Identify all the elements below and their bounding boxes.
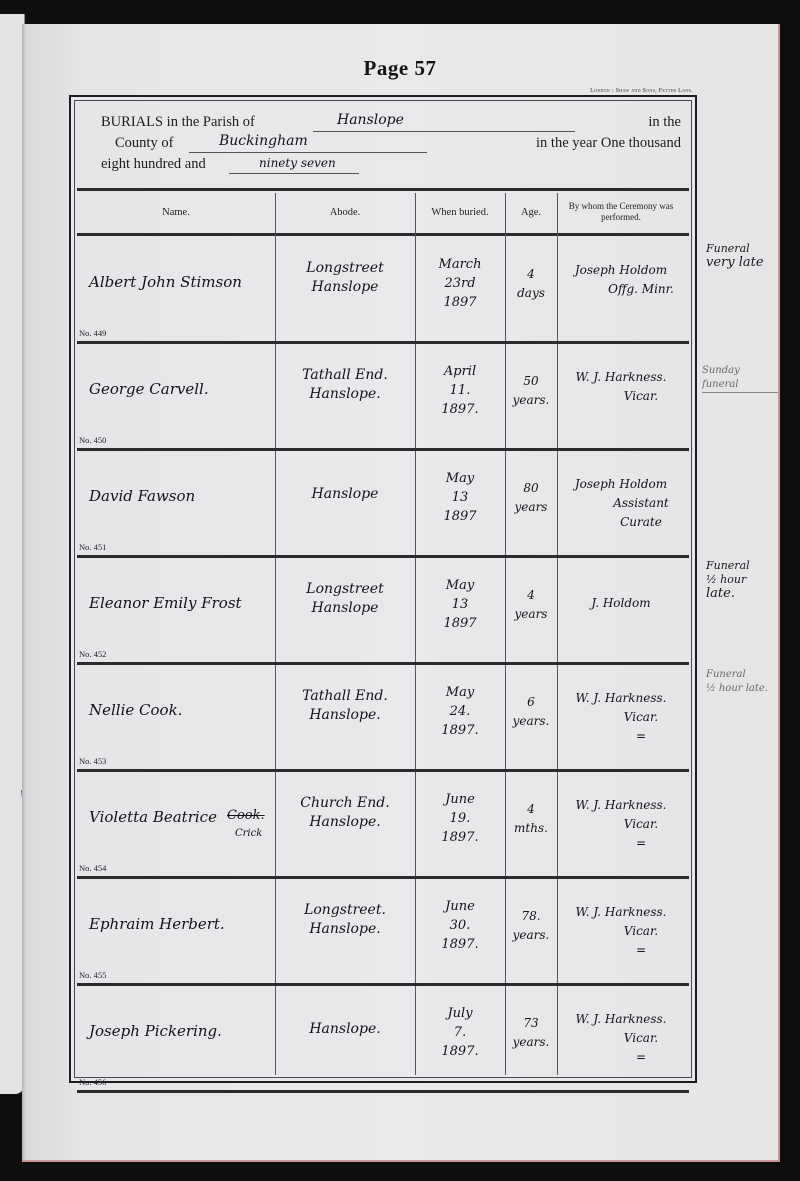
margin-note-line: very late: [706, 256, 764, 270]
abode-line: Hanslope.: [275, 1020, 415, 1039]
age-line: 6: [505, 693, 557, 712]
age-line: 4: [505, 265, 557, 284]
entry-number: No. 452: [79, 649, 106, 659]
abode-line: Longstreet: [275, 580, 415, 599]
when-buried-line: June: [415, 897, 505, 916]
age-cell: 73years.: [505, 986, 557, 1093]
officiant-line: Vicar.: [557, 387, 685, 406]
burial-register-table: BURIALS in the Parish of Hanslope in the…: [69, 95, 697, 1083]
abode-line: Hanslope: [275, 599, 415, 618]
officiant-line: Vicar.: [557, 1029, 685, 1048]
abode-cell: Tathall End.Hanslope.: [275, 665, 415, 772]
age-line: 4: [505, 586, 557, 605]
row-separator: [77, 1090, 689, 1093]
when-buried-line: March: [415, 255, 505, 274]
abode-cell: LongstreetHanslope: [275, 558, 415, 665]
name-cell: David FawsonNo. 451: [77, 451, 275, 558]
officiant-line: Assistant Curate: [557, 494, 685, 532]
margin-note-449: Funeral very late: [706, 242, 764, 270]
entry-number: No. 455: [79, 970, 106, 980]
officiant-cell: Joseph HoldomOffg. Minr.: [557, 237, 685, 344]
abode-line: Hanslope.: [275, 706, 415, 725]
entry-number: No. 449: [79, 328, 106, 338]
margin-note-line: Funeral: [706, 242, 764, 256]
page-gutter-shadow: [22, 24, 26, 1160]
margin-note-450: Sunday funeral: [702, 364, 778, 393]
age-cell: 6years.: [505, 665, 557, 772]
age-line: 78.: [505, 907, 557, 926]
name-cell: Nellie Cook.No. 453: [77, 665, 275, 772]
column-header-row: Name. Abode. When buried. Age. By whom t…: [77, 193, 689, 231]
officiant-cell: W. J. Harkness.Vicar.=: [557, 879, 685, 986]
heading-parish-label: BURIALS in the Parish of: [101, 114, 255, 130]
abode-line: Hanslope.: [275, 813, 415, 832]
age-line: days: [505, 284, 557, 303]
abode-cell: Hanslope: [275, 451, 415, 558]
abode-cell: Longstreet.Hanslope.: [275, 879, 415, 986]
age-line: years: [505, 498, 557, 517]
heading-county-label: County of: [115, 135, 173, 151]
column-header-age: Age.: [505, 193, 557, 231]
abode-line: Tathall End.: [275, 366, 415, 385]
age-line: years.: [505, 1033, 557, 1052]
when-buried-line: April: [415, 362, 505, 381]
officiant-line: Joseph Holdom: [557, 475, 685, 494]
when-buried-line: 1897.: [415, 721, 505, 740]
age-line: years.: [505, 926, 557, 945]
abode-line: Hanslope.: [275, 385, 415, 404]
when-buried-line: 13: [415, 488, 505, 507]
margin-note-line: late.: [706, 587, 750, 601]
when-buried-line: 1897: [415, 614, 505, 633]
officiant-cell: W. J. Harkness.Vicar.=: [557, 772, 685, 879]
deceased-name: Violetta Beatrice: [89, 808, 217, 826]
column-header-name: Name.: [77, 193, 275, 231]
entry-number: No. 451: [79, 542, 106, 552]
age-line: 4: [505, 800, 557, 819]
officiant-line: =: [557, 1048, 685, 1067]
name-cell: Albert John StimsonNo. 449: [77, 237, 275, 344]
deceased-name: Eleanor Emily Frost: [89, 594, 242, 612]
when-buried-line: 24.: [415, 702, 505, 721]
age-line: mths.: [505, 819, 557, 838]
register-entry-row: Albert John StimsonNo. 449LongstreetHans…: [77, 237, 689, 344]
officiant-cell: W. J. Harkness.Vicar.: [557, 344, 685, 451]
column-header-officiant: By whom the Ceremony was performed.: [557, 193, 685, 231]
abode-line: Longstreet: [275, 259, 415, 278]
age-line: years: [505, 605, 557, 624]
entry-number: No. 454: [79, 863, 106, 873]
when-buried-line: 1897.: [415, 935, 505, 954]
heading-line2-suffix: in the year One thousand: [536, 134, 681, 153]
when-buried-cell: April11.1897.: [415, 344, 505, 451]
officiant-line: J. Holdom: [557, 594, 685, 613]
when-buried-cell: June19.1897.: [415, 772, 505, 879]
margin-note-line: ½ hour late.: [706, 682, 768, 696]
age-cell: 4years: [505, 558, 557, 665]
register-entry-row: Ephraim Herbert.No. 455Longstreet.Hanslo…: [77, 879, 689, 986]
abode-cell: Tathall End.Hanslope.: [275, 344, 415, 451]
margin-note-453: Funeral ½ hour late.: [706, 668, 768, 696]
deceased-name: Albert John Stimson: [89, 273, 242, 291]
officiant-line: W. J. Harkness.: [557, 796, 685, 815]
when-buried-line: 1897.: [415, 828, 505, 847]
when-buried-line: May: [415, 576, 505, 595]
when-buried-cell: May131897: [415, 451, 505, 558]
register-entry-row: Nellie Cook.No. 453Tathall End.Hanslope.…: [77, 665, 689, 772]
officiant-line: =: [557, 834, 685, 853]
heading-line1-suffix: in the: [648, 113, 681, 132]
when-buried-line: 7.: [415, 1023, 505, 1042]
entry-number: No. 450: [79, 435, 106, 445]
age-cell: 4mths.: [505, 772, 557, 879]
register-entry-row: Eleanor Emily FrostNo. 452LongstreetHans…: [77, 558, 689, 665]
age-line: years.: [505, 712, 557, 731]
when-buried-cell: June30.1897.: [415, 879, 505, 986]
age-line: 50: [505, 372, 557, 391]
when-buried-line: 19.: [415, 809, 505, 828]
when-buried-line: 30.: [415, 916, 505, 935]
when-buried-line: 1897.: [415, 400, 505, 419]
officiant-line: Offg. Minr.: [557, 280, 685, 299]
officiant-line: W. J. Harkness.: [557, 368, 685, 387]
when-buried-cell: March23rd1897: [415, 237, 505, 344]
surname-correction: Crick: [235, 828, 262, 839]
when-buried-line: 23rd: [415, 274, 505, 293]
officiant-line: Vicar.: [557, 708, 685, 727]
age-line: years.: [505, 391, 557, 410]
publisher-imprint: London : Shaw and Sons, Fetter Lane.: [590, 88, 693, 94]
margin-note-line: Funeral: [706, 559, 750, 573]
deceased-name: Ephraim Herbert.: [89, 915, 225, 933]
officiant-line: =: [557, 727, 685, 746]
deceased-name: David Fawson: [89, 487, 195, 505]
when-buried-cell: May131897: [415, 558, 505, 665]
abode-line: Hanslope.: [275, 920, 415, 939]
abode-cell: LongstreetHanslope: [275, 237, 415, 344]
when-buried-line: 11.: [415, 381, 505, 400]
register-entry-row: Joseph Pickering.No. 456Hanslope.July7.1…: [77, 986, 689, 1093]
margin-note-line: ½ hour: [706, 573, 750, 587]
name-cell: Joseph Pickering.No. 456: [77, 986, 275, 1093]
officiant-line: W. J. Harkness.: [557, 903, 685, 922]
officiant-line: Joseph Holdom: [557, 261, 685, 280]
register-page: Page 57 London : Shaw and Sons, Fetter L…: [22, 24, 780, 1162]
age-cell: 50years.: [505, 344, 557, 451]
register-entry-row: David FawsonNo. 451HanslopeMay13189780ye…: [77, 451, 689, 558]
officiant-line: Vicar.: [557, 922, 685, 941]
abode-line: Longstreet.: [275, 901, 415, 920]
when-buried-line: 1897: [415, 507, 505, 526]
officiant-line: =: [557, 941, 685, 960]
when-buried-line: May: [415, 683, 505, 702]
name-cell: Ephraim Herbert.No. 455: [77, 879, 275, 986]
abode-cell: Hanslope.: [275, 986, 415, 1093]
officiant-line: W. J. Harkness.: [557, 689, 685, 708]
when-buried-cell: July7.1897.: [415, 986, 505, 1093]
abode-line: Tathall End.: [275, 687, 415, 706]
deceased-name: George Carvell.: [89, 380, 209, 398]
page-title: Page 57: [22, 56, 778, 81]
column-header-when-buried: When buried.: [415, 193, 505, 231]
age-line: 73: [505, 1014, 557, 1033]
abode-line: Church End.: [275, 794, 415, 813]
county-value: Buckingham: [219, 132, 308, 151]
abode-line: Hanslope: [275, 278, 415, 297]
entry-number: No. 453: [79, 756, 106, 766]
age-cell: 4days: [505, 237, 557, 344]
officiant-line: Vicar.: [557, 815, 685, 834]
header-rule: [77, 233, 689, 236]
name-cell: Violetta BeatriceCook.CrickNo. 454: [77, 772, 275, 879]
officiant-cell: W. J. Harkness.Vicar.=: [557, 986, 685, 1093]
parish-value: Hanslope: [337, 111, 404, 130]
heading-rule: [77, 188, 689, 191]
margin-note-line: Funeral: [706, 668, 768, 682]
register-entry-row: George Carvell.No. 450Tathall End.Hanslo…: [77, 344, 689, 451]
age-cell: 80years: [505, 451, 557, 558]
abode-line: Hanslope: [275, 485, 415, 504]
when-buried-line: July: [415, 1004, 505, 1023]
deceased-name: Nellie Cook.: [89, 701, 182, 719]
when-buried-line: 13: [415, 595, 505, 614]
year-value: ninety seven: [259, 154, 336, 173]
deceased-name: Joseph Pickering.: [89, 1022, 222, 1040]
when-buried-line: May: [415, 469, 505, 488]
name-cell: Eleanor Emily FrostNo. 452: [77, 558, 275, 665]
abode-cell: Church End.Hanslope.: [275, 772, 415, 879]
margin-note-452: Funeral ½ hour late.: [706, 559, 750, 601]
entry-number: No. 456: [79, 1077, 106, 1087]
officiant-cell: Joseph HoldomAssistant Curate: [557, 451, 685, 558]
name-cell: George Carvell.No. 450: [77, 344, 275, 451]
register-entry-row: Violetta BeatriceCook.CrickNo. 454Church…: [77, 772, 689, 879]
officiant-cell: W. J. Harkness.Vicar.=: [557, 665, 685, 772]
heading-year-label: eight hundred and: [101, 156, 206, 172]
officiant-cell: J. Holdom: [557, 558, 685, 665]
age-line: 80: [505, 479, 557, 498]
when-buried-line: June: [415, 790, 505, 809]
struck-surname: Cook.: [227, 808, 265, 823]
column-header-abode: Abode.: [275, 193, 415, 231]
when-buried-line: 1897.: [415, 1042, 505, 1061]
register-heading: BURIALS in the Parish of Hanslope in the…: [101, 109, 681, 175]
when-buried-line: 1897: [415, 293, 505, 312]
when-buried-cell: May24.1897.: [415, 665, 505, 772]
age-cell: 78.years.: [505, 879, 557, 986]
officiant-line: W. J. Harkness.: [557, 1010, 685, 1029]
